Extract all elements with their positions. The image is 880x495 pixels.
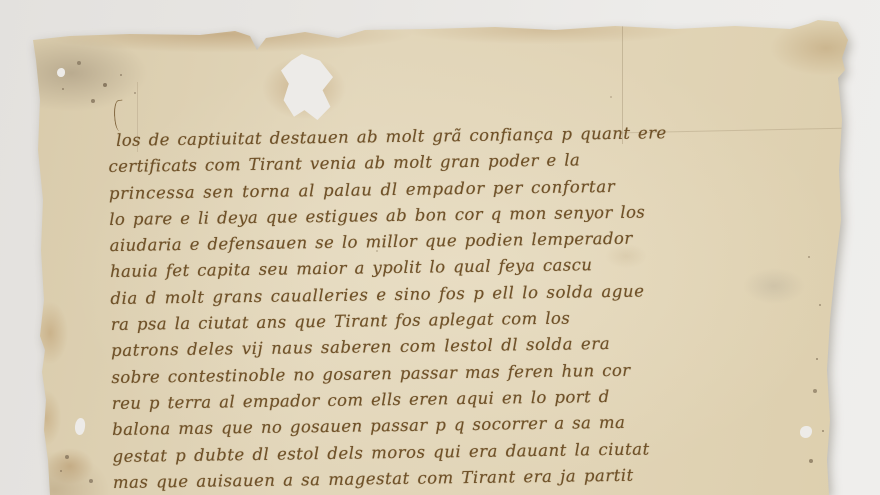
paper-hole-left xyxy=(74,417,86,435)
photo-backdrop: los de captiuitat destauen ab molt grã c… xyxy=(0,0,880,495)
paper-hole-right xyxy=(800,426,812,438)
ink-specks xyxy=(26,18,28,20)
pen-flourish xyxy=(112,100,125,132)
manuscript-page: los de captiuitat destauen ab molt grã c… xyxy=(26,18,850,495)
paper-hole-topleft xyxy=(57,68,65,77)
paper-hole-top xyxy=(281,54,333,120)
handwritten-text-block: los de captiuitat destauen ab molt grã c… xyxy=(108,119,763,495)
paper-shadow-wrap: los de captiuitat destauen ab molt grã c… xyxy=(0,0,880,495)
